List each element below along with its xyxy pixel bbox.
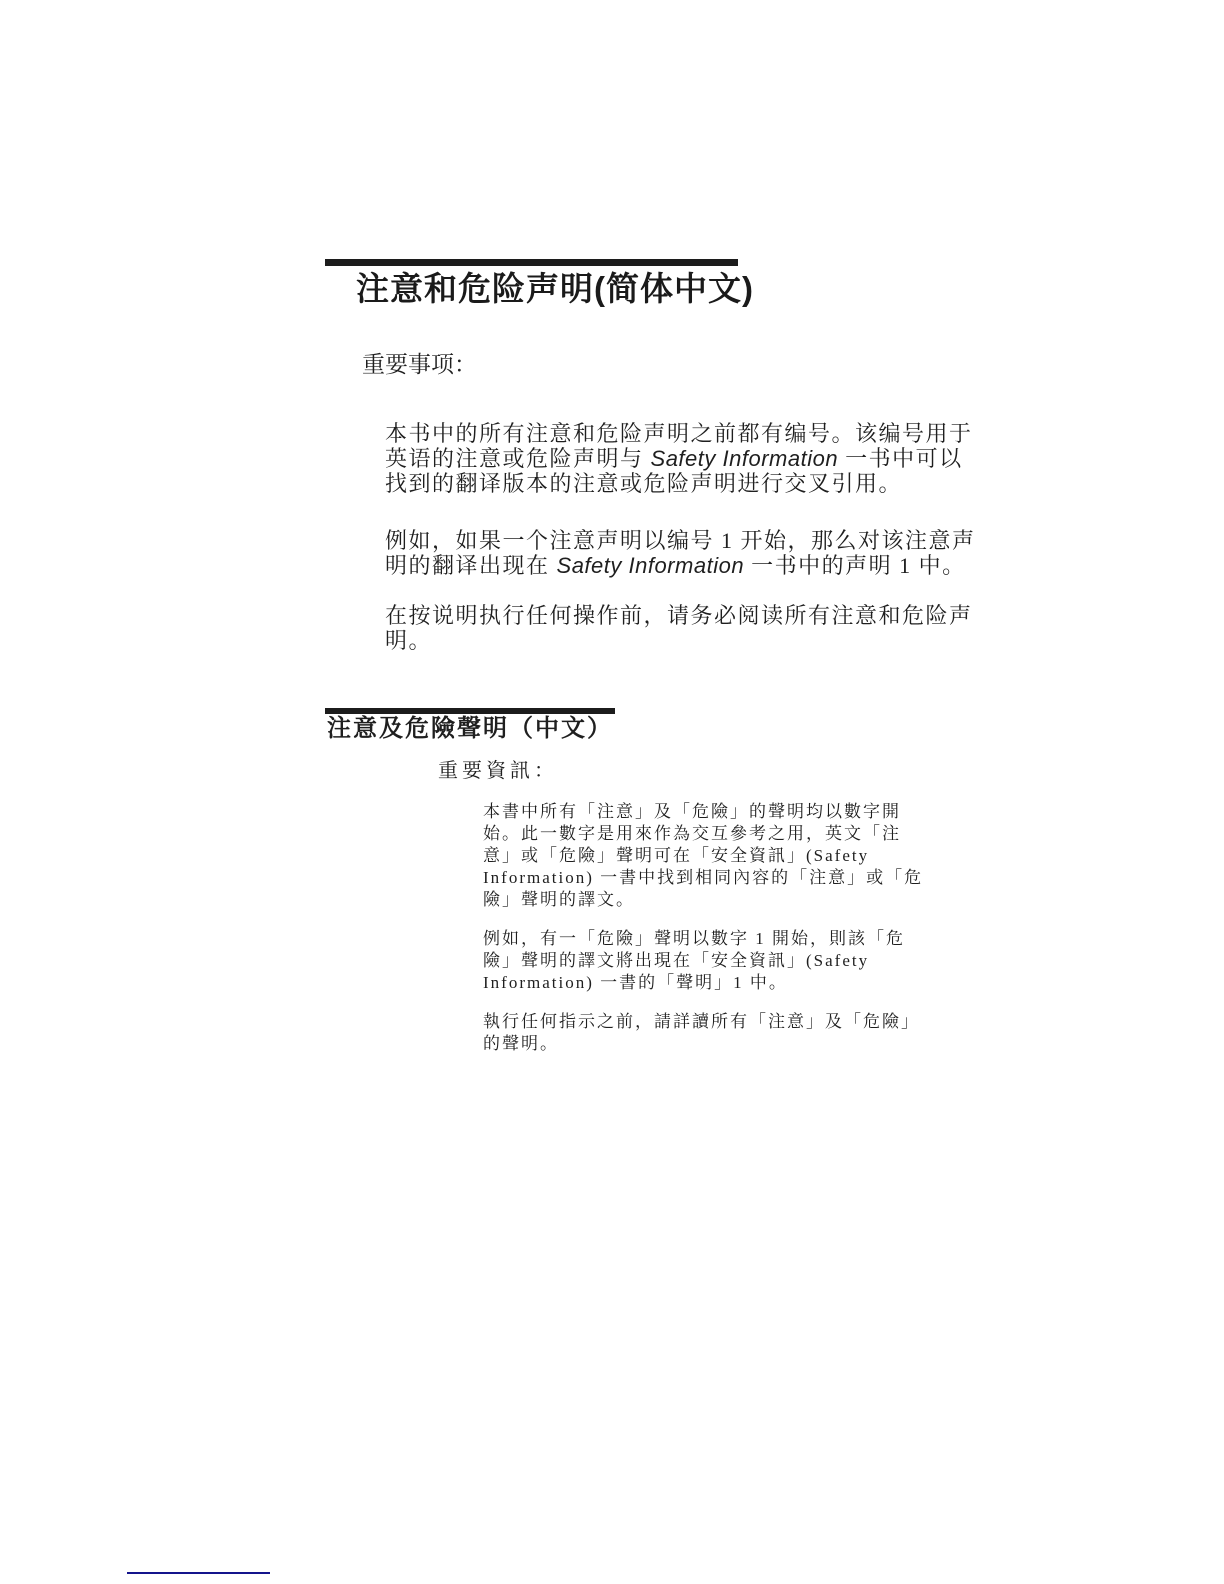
document-page: 注意和危险声明(简体中文) 重要事项： 本书中的所有注意和危险声明之前都有编号。…: [0, 0, 1224, 1584]
paragraph-traditional-crossref: 本書中所有「注意」及「危險」的聲明均以數字開 始。此一數字是用來作為交互參考之用…: [483, 801, 963, 911]
paragraph-simplified-crossref: 本书中的所有注意和危险声明之前都有编号。该编号用于 英语的注意或危险声明与 Sa…: [385, 421, 1025, 496]
simplified-section-title: 注意和危险声明(简体中文): [356, 268, 876, 310]
important-label-traditional: 重要資訊：: [438, 758, 558, 784]
traditional-section-title: 注意及危險聲明（中文）: [327, 712, 747, 746]
paragraph-traditional-example: 例如，有一「危險」聲明以數字 1 開始，則該「危 險」聲明的譯文將出現在「安全資…: [483, 928, 963, 994]
paragraph-simplified-example: 例如，如果一个注意声明以编号 1 开始，那么对该注意声 明的翻译出现在 Safe…: [385, 528, 1025, 578]
paragraph-simplified-readall: 在按说明执行任何操作前，请务必阅读所有注意和危险声 明。: [385, 603, 1025, 653]
simplified-title-rule: [325, 259, 738, 266]
book-title-italic: Safety Information: [557, 553, 745, 578]
paragraph-text: 一书中的声明 1 中。: [744, 553, 966, 578]
important-label-simplified: 重要事项：: [362, 351, 477, 379]
book-title-italic: Safety Information: [651, 446, 839, 471]
footer-rule: [127, 1572, 270, 1574]
paragraph-traditional-readall: 執行任何指示之前，請詳讀所有「注意」及「危險」 的聲明。: [483, 1011, 963, 1055]
